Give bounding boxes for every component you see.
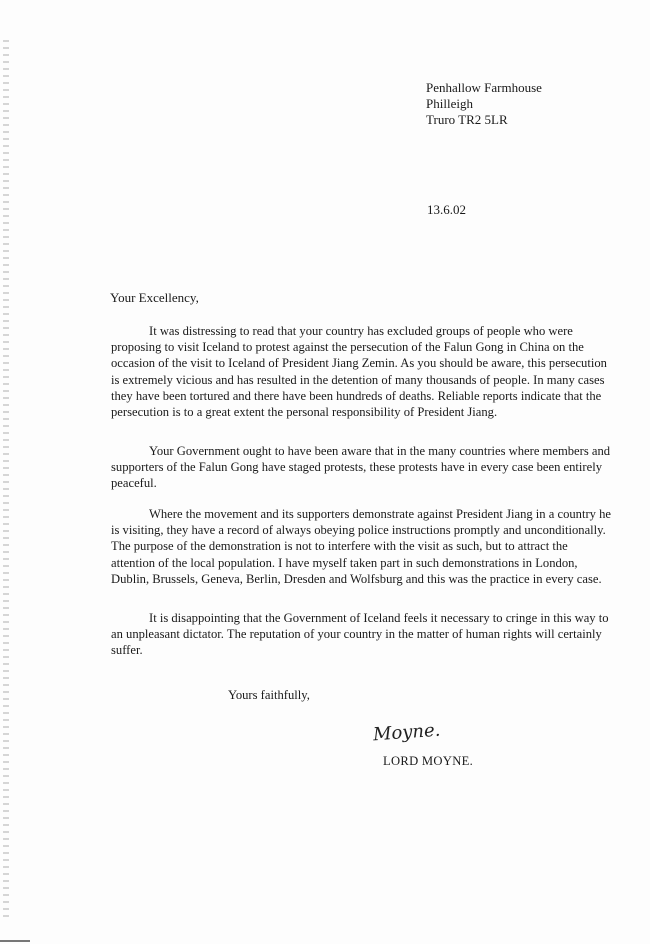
body-paragraph-3: Where the movement and its supporters de… (111, 506, 611, 587)
scan-binding-edge (3, 40, 9, 920)
paragraph-text: It is disappointing that the Government … (111, 610, 611, 659)
letter-date: 13.6.02 (427, 202, 466, 218)
paragraph-text: It was distressing to read that your cou… (111, 323, 611, 420)
salutation: Your Excellency, (110, 290, 199, 306)
signer-name: LORD MOYNE. (383, 754, 473, 769)
letter-page: Penhallow Farmhouse Philleigh Truro TR2 … (0, 0, 650, 944)
page-edge-mark (0, 940, 30, 942)
closing: Yours faithfully, (228, 688, 310, 703)
sender-address: Penhallow Farmhouse Philleigh Truro TR2 … (426, 80, 542, 128)
body-paragraph-2: Your Government ought to have been aware… (111, 443, 611, 492)
body-paragraph-1: It was distressing to read that your cou… (111, 323, 611, 420)
address-line-3: Truro TR2 5LR (426, 112, 542, 128)
address-line-2: Philleigh (426, 96, 542, 112)
address-line-1: Penhallow Farmhouse (426, 80, 542, 96)
paragraph-text: Your Government ought to have been aware… (111, 443, 611, 492)
paragraph-text: Where the movement and its supporters de… (111, 506, 611, 587)
handwritten-signature: Moyne. (372, 720, 441, 746)
body-paragraph-4: It is disappointing that the Government … (111, 610, 611, 659)
